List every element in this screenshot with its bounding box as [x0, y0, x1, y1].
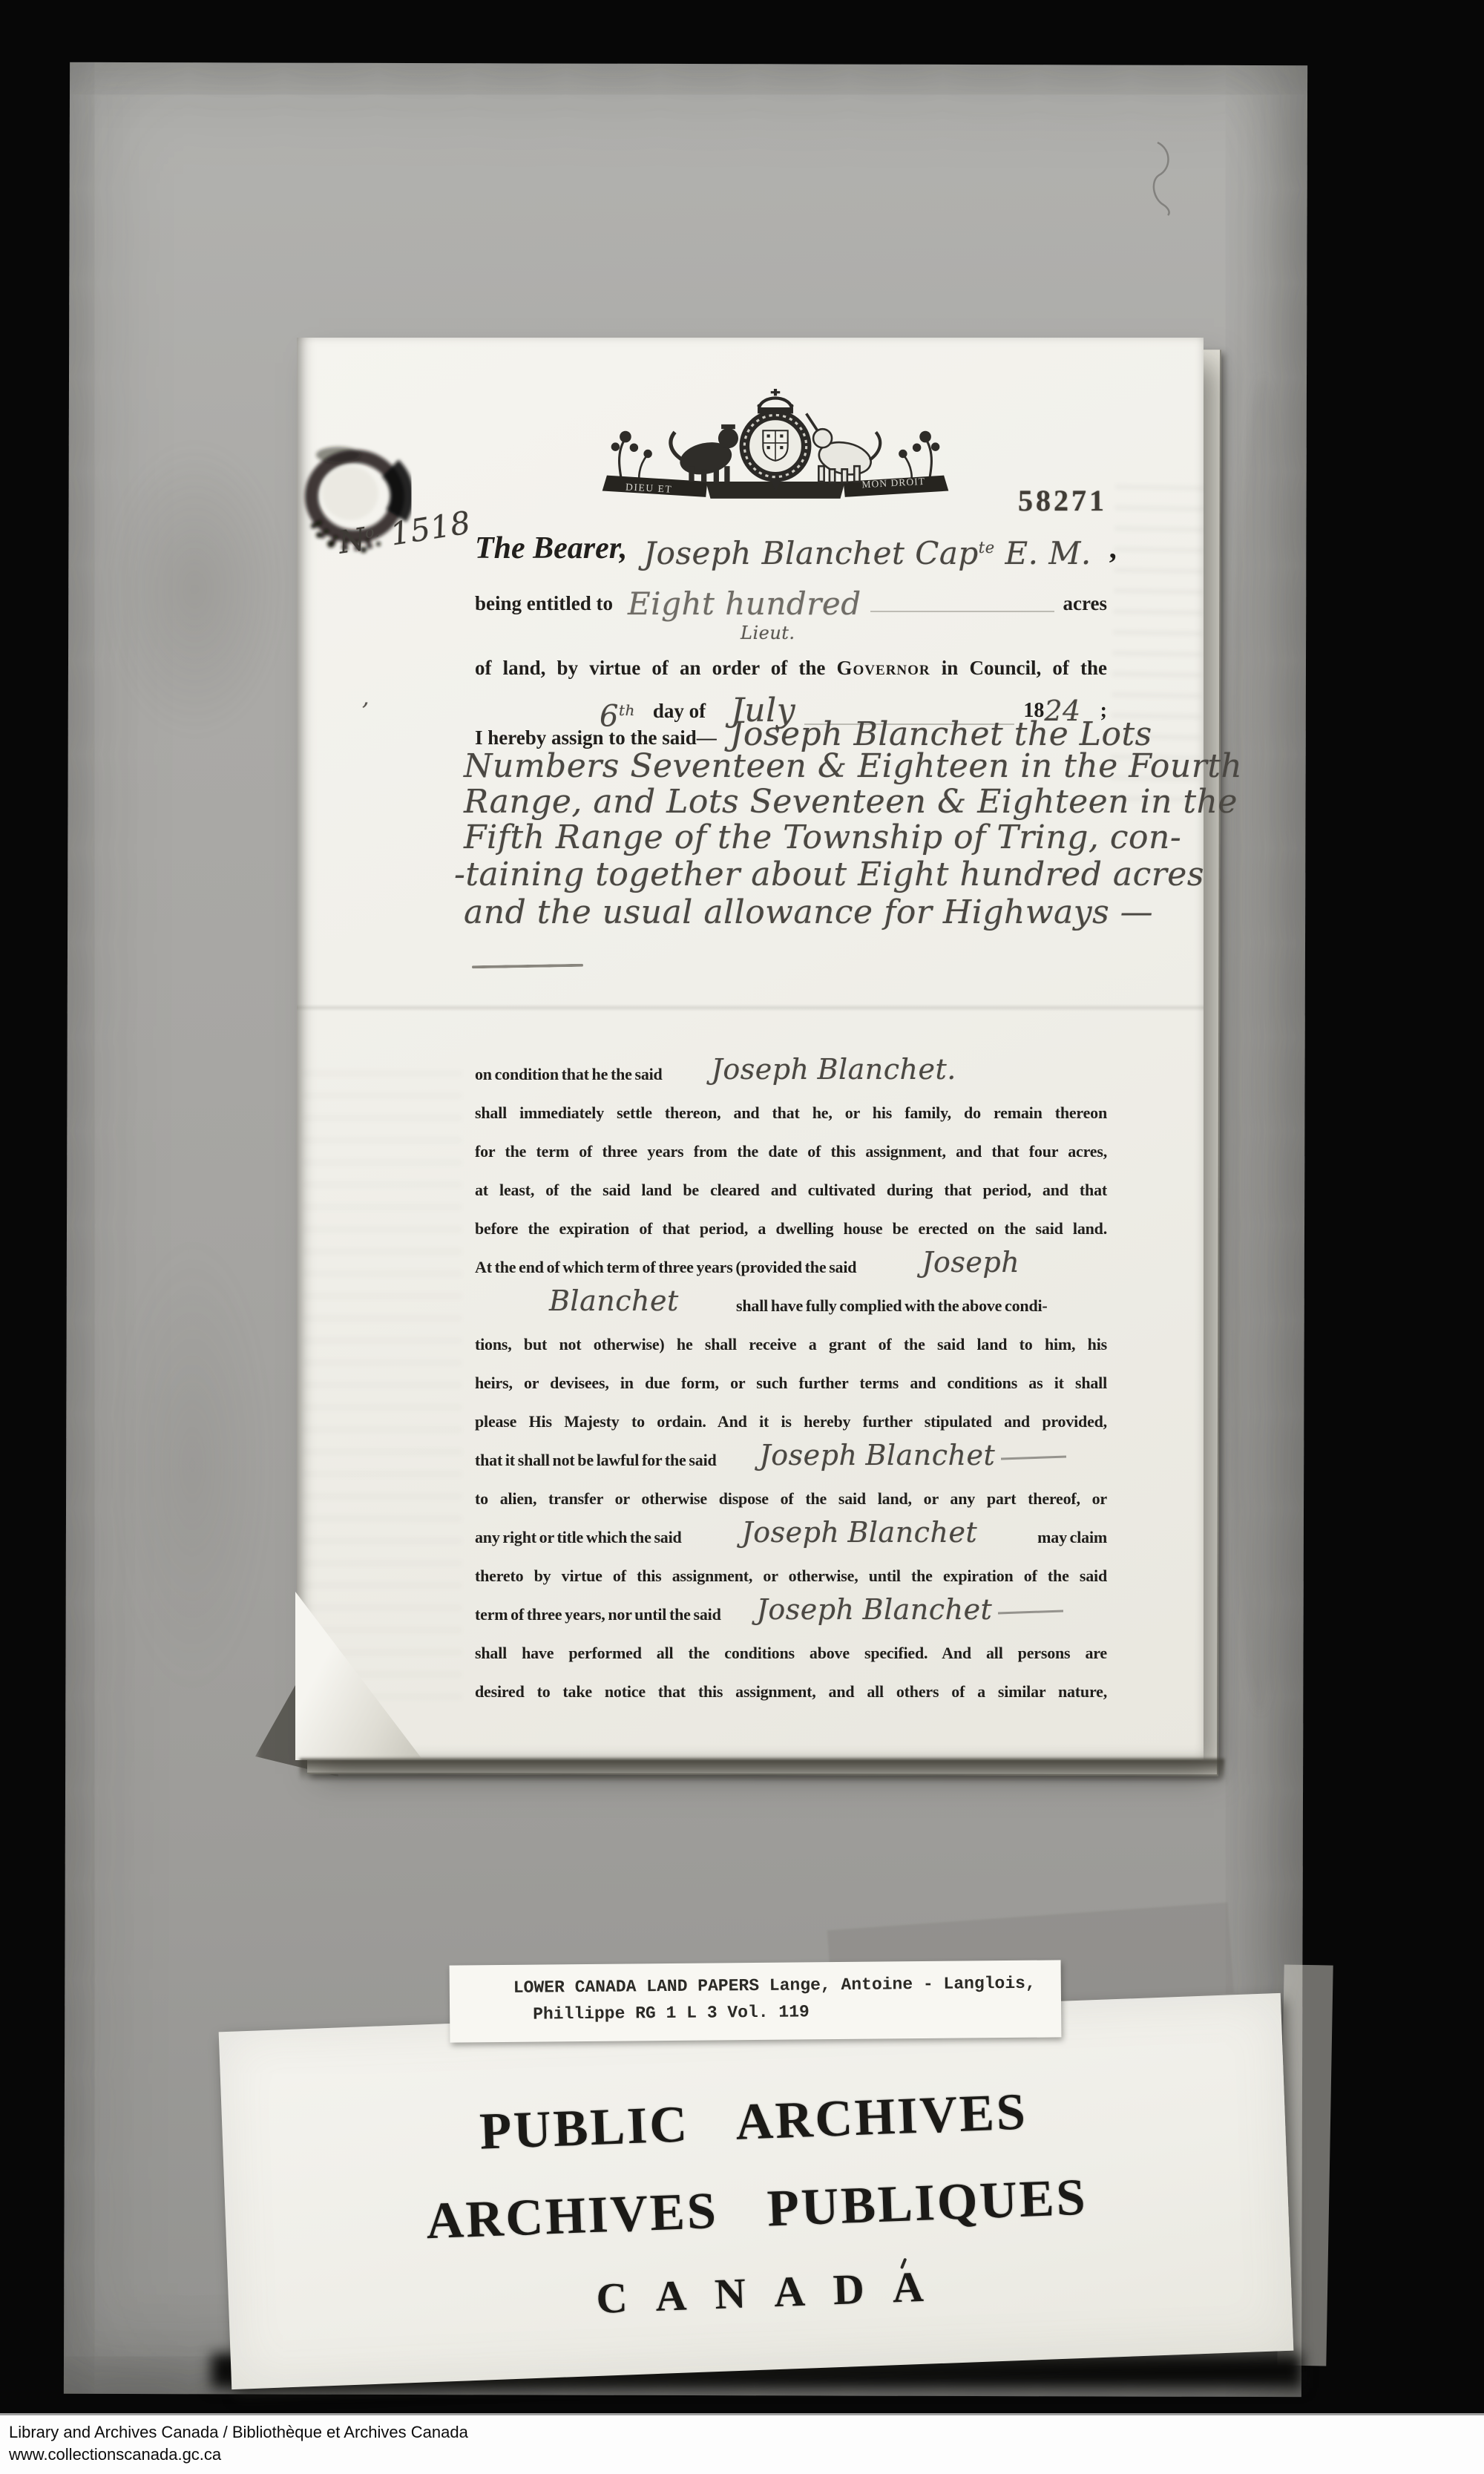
conditions-line: before the expiration of that period, a … — [475, 1212, 1107, 1247]
handwritten-name: Joseph Blanchet — [760, 1440, 1067, 1470]
royal-coat-of-arms-icon: DIEU ET MON DROIT — [590, 382, 961, 507]
handwritten-line: Fifth Range of the Township of Tring, co… — [464, 821, 1132, 855]
handwritten-line: and the usual allowance for Highways — — [464, 896, 1132, 930]
entitled-label: being entitled to — [475, 587, 613, 620]
conditions-line: term of three years, nor until the said … — [475, 1598, 1107, 1633]
unicorn-supporter — [807, 413, 881, 482]
handwritten-line: Numbers Seventeen & Eighteen in the Four… — [464, 749, 1132, 784]
governor-line: of land, by virtue of an order of the Go… — [475, 652, 1107, 683]
conditions-line: please His Majesty to ordain. And it is … — [475, 1405, 1107, 1440]
fold-crease — [297, 1004, 1204, 1011]
conditions-line: Blanchet shall have fully complied with … — [475, 1289, 1107, 1325]
footer-url: www.collectionscanada.gc.ca — [9, 2445, 221, 2464]
bearer-name-handwritten: Joseph Blanchet Capte E. M. — [643, 529, 1091, 572]
bleed-through-right — [1110, 474, 1205, 802]
acreage-handwritten: Eight hundred — [628, 587, 861, 621]
conditions-line: heirs, or devisees, in due form, or such… — [475, 1366, 1107, 1402]
conditions-line: that it shall not be lawful for the said… — [475, 1443, 1107, 1479]
handwritten-name: Blanchet — [549, 1286, 736, 1316]
conditions-line: shall immediately settle thereon, and th… — [475, 1096, 1107, 1132]
bleed-through-left — [303, 1061, 462, 1699]
conditions-line: to alien, transfer or otherwise dispose … — [475, 1482, 1107, 1517]
motto-left: DIEU ET — [626, 481, 673, 494]
public-archives-card: PUBLIC ARCHIVES ARCHIVES PUBLIQUES CANAD… — [219, 1993, 1294, 2389]
stamp-number: 58271 — [1018, 483, 1107, 518]
catalog-label-line-1: LOWER CANADA LAND PAPERS Lange, Antoine … — [513, 1974, 1036, 1998]
crown-icon — [758, 389, 794, 413]
conditions-line: any right or title which the said Joseph… — [475, 1520, 1107, 1556]
card-line-3: CANADA — [228, 2248, 1291, 2337]
acres-label: acres — [1063, 587, 1107, 620]
footer-institution: Library and Archives Canada / Bibliothèq… — [9, 2423, 468, 2442]
lieut-insertion: Lieut. — [741, 623, 795, 643]
land-assignment-document: DIEU ET MON DROIT — [297, 338, 1204, 1760]
catalog-label: LOWER CANADA LAND PAPERS Lange, Antoine … — [450, 1960, 1062, 2042]
card-line-2: ARCHIVES PUBLIQUES — [225, 2161, 1289, 2259]
faint-pencil-squiggle — [1149, 140, 1181, 217]
conditions-line: on condition that he the said Joseph Bla… — [475, 1057, 1107, 1093]
conditions-line: at least, of the said land be cleared an… — [475, 1173, 1107, 1209]
archival-photo-frame: DIEU ET MON DROIT — [0, 0, 1484, 2474]
handwritten-name: Joseph Blanchet — [742, 1517, 978, 1547]
lion-supporter — [671, 424, 738, 482]
card-line-1: PUBLIC ARCHIVES — [222, 2073, 1286, 2171]
conditions-line: desired to take notice that this assignm… — [475, 1675, 1107, 1710]
handwritten-line: -taining together about Eight hundred ac… — [454, 858, 1122, 892]
governor-smallcaps: Governor — [837, 657, 930, 679]
entitled-line: being entitled to Eight hundred acres — [475, 587, 1107, 621]
conditions-line: shall have performed all the conditions … — [475, 1636, 1107, 1672]
catalog-label-line-2: Phillippe RG 1 L 3 Vol. 119 — [533, 2002, 810, 2024]
bearer-label: The Bearer, — [475, 529, 627, 568]
ruled-line — [870, 611, 1054, 612]
handwritten-name: Joseph — [922, 1247, 1020, 1277]
conditions-line: thereto by virtue of this assignment, or… — [475, 1559, 1107, 1595]
handwritten-name: Joseph Blanchet. — [712, 1054, 956, 1084]
conditions-line: At the end of which term of three years … — [475, 1250, 1107, 1286]
pen-dash — [472, 964, 583, 969]
handwritten-name: Joseph Blanchet — [757, 1595, 1064, 1624]
lac-footer: Library and Archives Canada / Bibliothèq… — [0, 2413, 1484, 2474]
quartered-shield — [763, 430, 787, 461]
backing-shading — [1223, 377, 1301, 1713]
bearer-line: The Bearer, Joseph Blanchet Capte E. M. … — [475, 529, 1107, 572]
handwritten-line: Range, and Lots Seventeen & Eighteen in … — [464, 785, 1132, 819]
conditions-line: for the term of three years from the dat… — [475, 1135, 1107, 1170]
stray-pen-mark: , — [362, 685, 370, 711]
backing-stain — [110, 1235, 275, 1696]
conditions-line: tions, but not otherwise) he shall recei… — [475, 1328, 1107, 1363]
backing-stain — [98, 433, 292, 746]
document-bottom-shadow — [300, 1759, 1224, 1781]
